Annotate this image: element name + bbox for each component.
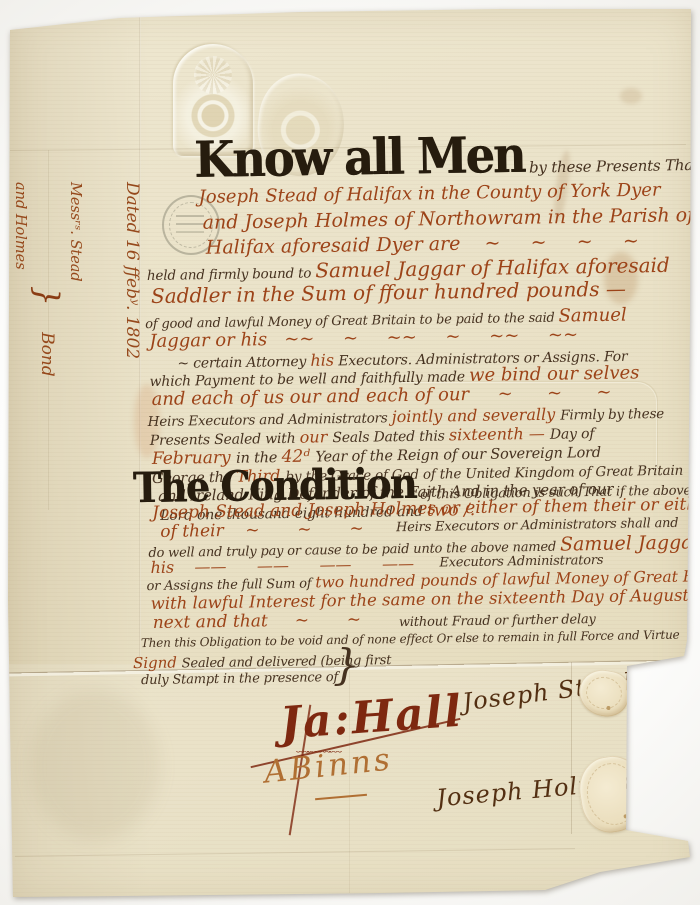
text-segment: next and that ~ ~ <box>153 609 399 633</box>
text-segment: Know all Men <box>194 125 525 188</box>
text-segment: by these Presents That <box>524 156 700 177</box>
text-segment: Day of <box>550 426 595 443</box>
bond-document-sheet: Dated 16 ffebʸ. 1802 Messʳˢ. Stead and H… <box>0 0 700 905</box>
scanned-document-stage: Dated 16 ffebʸ. 1802 Messʳˢ. Stead and H… <box>0 0 700 905</box>
text-segment: Seals Dated this <box>332 428 449 446</box>
attestation-brace: } <box>333 640 360 689</box>
attestation-line-2: duly Stampt in the presence of <box>141 668 338 689</box>
text-segment: Firmly by these <box>560 406 664 424</box>
text-segment: sixteenth — <box>449 424 550 445</box>
text-segment: Samuel <box>558 305 626 327</box>
text-segment: jointly and severally <box>392 405 561 427</box>
text-segment: our <box>300 427 333 447</box>
text-segment: duly Stampt in the presence of <box>141 670 338 688</box>
text-segment: Signd <box>133 653 182 672</box>
text-segment: Executors Administrators <box>439 553 603 571</box>
paper-wrapper: Dated 16 ffebʸ. 1802 Messʳˢ. Stead and H… <box>0 0 700 905</box>
